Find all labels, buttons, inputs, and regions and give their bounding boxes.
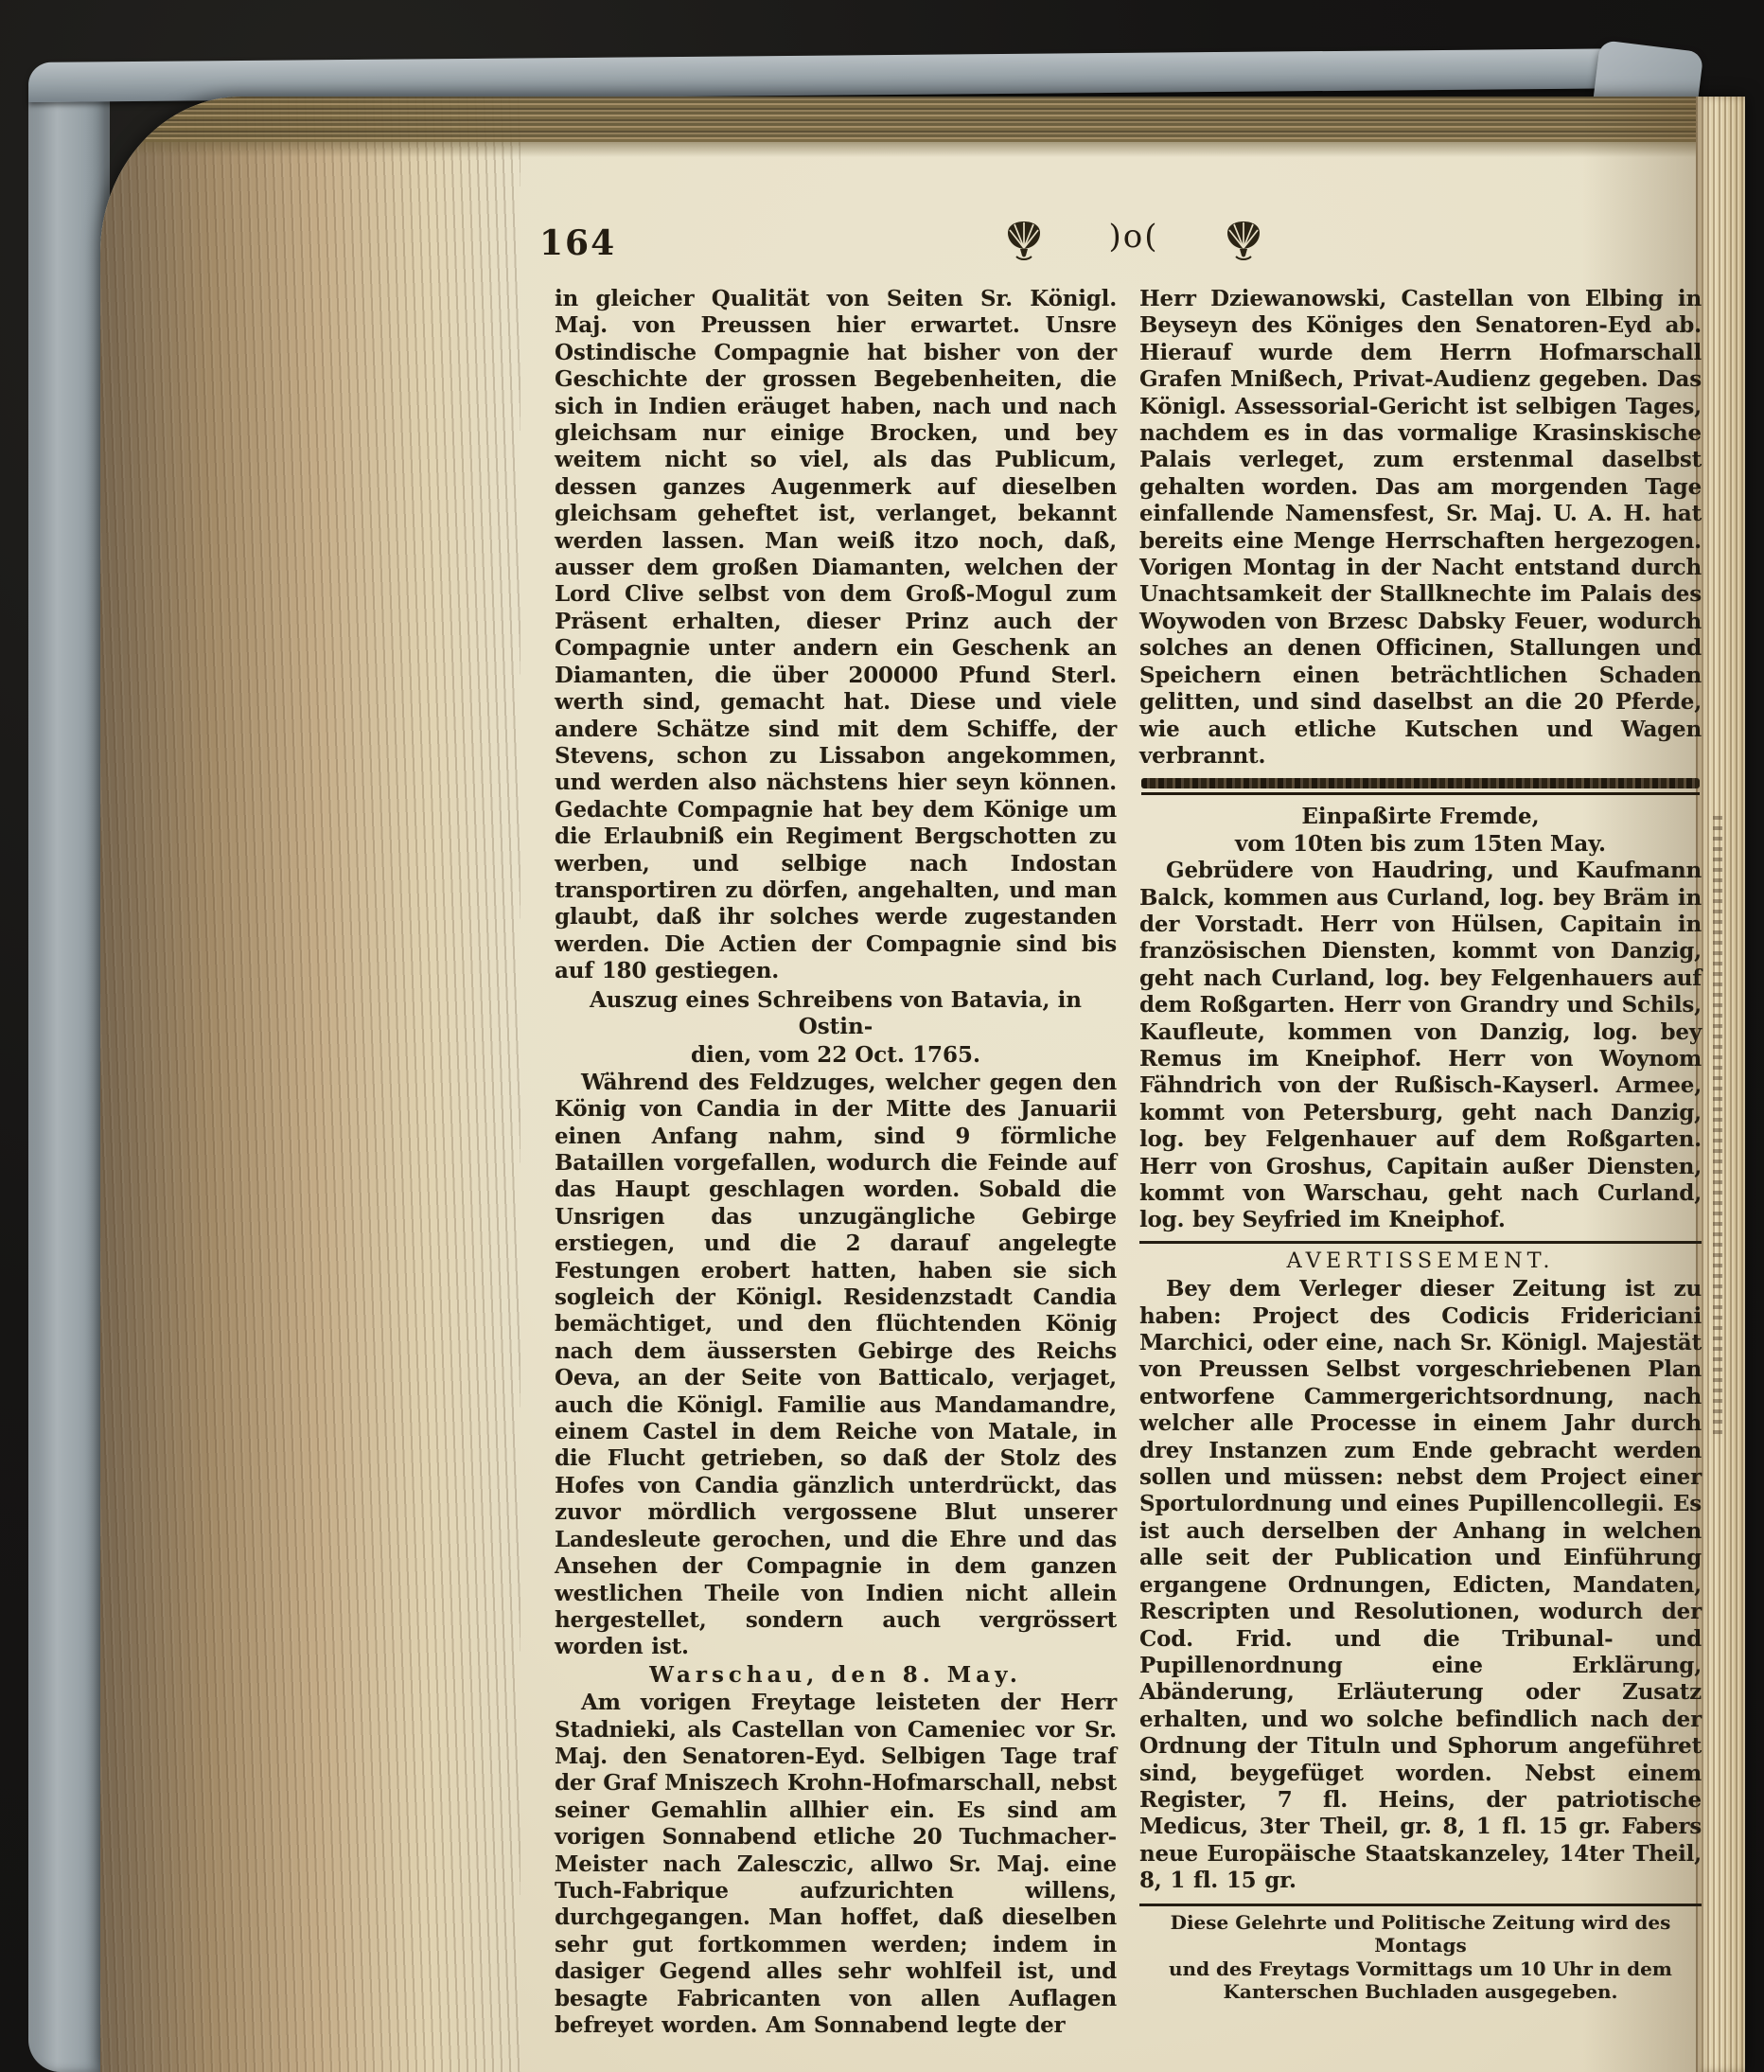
fremde-heading-line2: vom 10ten bis zum 15ten May. xyxy=(1139,831,1702,858)
left-column: in gleicher Qualität von Seiten Sr. Köni… xyxy=(555,286,1117,2039)
fremde-heading-line1: Einpaßirte Fremde, xyxy=(1139,804,1702,830)
imprint-line1: Diese Gelehrte und Politische Zeitung wi… xyxy=(1139,1911,1702,1957)
book-cover-left xyxy=(28,68,110,2072)
page-number: 164 xyxy=(539,223,616,263)
warschau-heading: Warschau, den 8. May. xyxy=(555,1662,1117,1689)
imprint-line2: und des Freytags Vormittags um 10 Uhr in… xyxy=(1139,1957,1702,1981)
avertissement-heading: AVERTISSEMENT. xyxy=(1139,1248,1702,1274)
two-column-text: in gleicher Qualität von Seiten Sr. Köni… xyxy=(555,203,1702,2039)
decorative-rule xyxy=(1141,778,1700,788)
imprint: Diese Gelehrte und Politische Zeitung wi… xyxy=(1139,1911,1702,2004)
section-rule xyxy=(1139,1241,1702,1244)
header-ornaments: )o( xyxy=(1003,210,1264,269)
shell-ornament-icon xyxy=(1223,218,1264,261)
avertissement-paragraph: Bey dem Verleger dieser Zeitung ist zu h… xyxy=(1139,1276,1702,1894)
book-cover-top xyxy=(28,48,1622,102)
open-page: 164 )o( xyxy=(100,97,1745,2072)
printed-page: 164 )o( xyxy=(555,203,1702,2039)
imprint-line3: Kanterschen Buchladen ausgegeben. xyxy=(1139,1980,1702,2004)
imprint-rule xyxy=(1139,1904,1702,1906)
header-center-mark: )o( xyxy=(1109,218,1159,261)
fore-edge-text-marks xyxy=(1713,816,1722,1441)
batavia-report-paragraph: Während des Feldzuges, welcher gegen den… xyxy=(555,1070,1117,1661)
ostindische-compagnie-paragraph: in gleicher Qualität von Seiten Sr. Köni… xyxy=(555,286,1117,985)
decorative-rule-line xyxy=(1141,792,1700,795)
page-stack-top-edges xyxy=(100,97,1745,142)
fremde-list-paragraph: Gebrüdere von Haudring, und Kaufmann Bal… xyxy=(1139,858,1702,1234)
warschau-report-paragraph: Am vorigen Freytage leisteten der Herr S… xyxy=(555,1690,1117,2039)
elbing-report-paragraph: Herr Dziewanowski, Castellan von Elbing … xyxy=(1139,286,1702,770)
right-column: Herr Dziewanowski, Castellan von Elbing … xyxy=(1139,286,1702,2039)
batavia-heading-line1: Auszug eines Schreibens von Batavia, in … xyxy=(555,987,1117,1041)
page-stack-left-edges xyxy=(100,97,520,2072)
page-stack-top-fade xyxy=(100,142,1745,157)
batavia-heading-line2: dien, vom 22 Oct. 1765. xyxy=(555,1042,1117,1069)
shell-ornament-icon xyxy=(1003,218,1045,261)
